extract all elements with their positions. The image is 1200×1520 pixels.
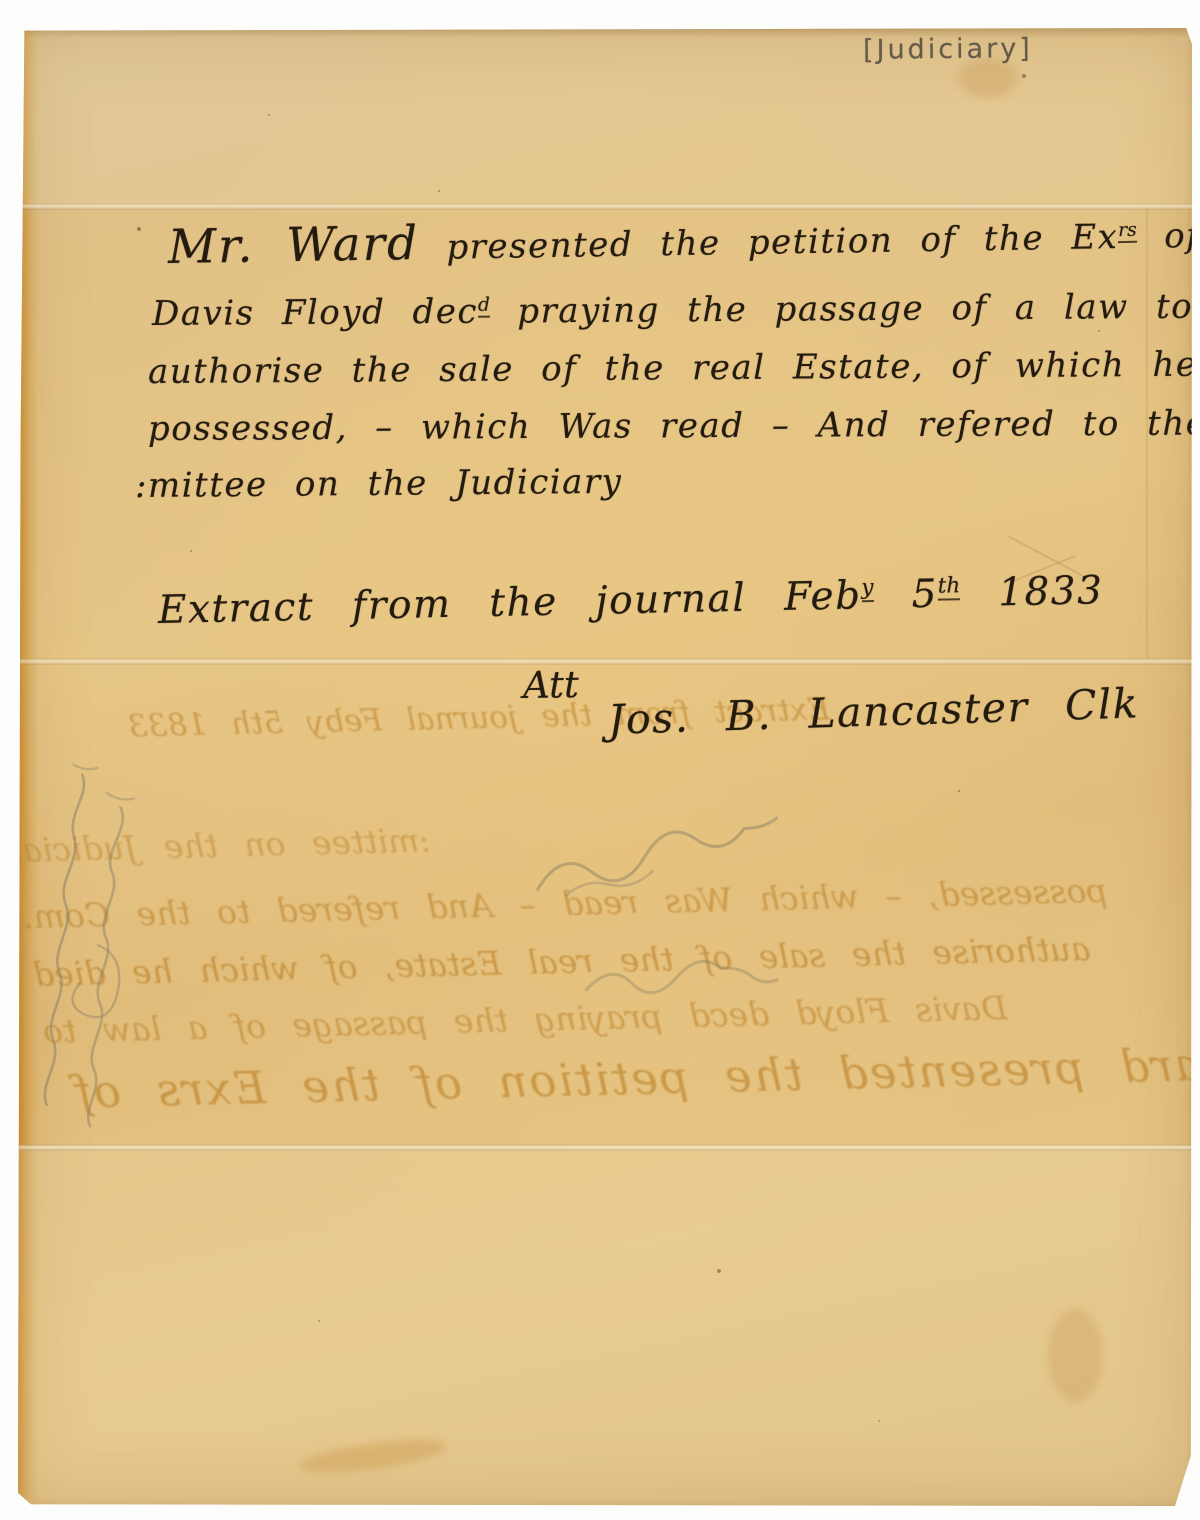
foxing-specks [18,28,20,30]
extract-attestation-line: Extract from the journal Feby 5th 1833 [158,568,1104,633]
fold-crease-middle [18,658,1192,665]
scanned-document-photo: Extract from the journal Feby 5th 1833 :… [0,0,1200,1520]
manuscript-paper-sheet: Extract from the journal Feby 5th 1833 :… [18,28,1192,1506]
pencil-smudge-lower [576,943,789,1024]
body-line-2: Davis Floyd decd praying the passage of … [152,287,1193,334]
body-line-4: possessed, – which Was read – And refere… [148,403,1200,449]
superscript-d: d [478,294,490,317]
top-stain [958,58,1018,98]
superscript-th: th [937,573,960,600]
body-line-3: authorise the sale of the real Estate, o… [148,344,1200,392]
bleedthrough-line: Mr. Ward presented the petition of the E… [73,1034,1200,1119]
body-line-1: Mr. Ward presented the petition of the E… [168,204,1200,275]
superscript-rs: rs [1118,219,1137,242]
archival-annotation-judiciary: [Judiciary] [863,33,1033,65]
fold-crease-bottom [18,1144,1192,1151]
clerk-signature: Jos. B. Lancaster Clk [607,679,1139,744]
superscript-y: y [861,575,874,602]
body-line-5: :mittee on the Judiciary [135,462,623,506]
attestation-att: Att [523,663,580,707]
corner-stain [1048,1308,1103,1403]
name-mr-ward: Mr. Ward [168,216,420,275]
lower-fold-panel [18,1146,1192,1506]
bleedthrough-line: Davis Floyd decd praying the passage of … [43,988,1008,1051]
bleedthrough-line: authorise the sale of the real Estate, o… [33,929,1091,994]
